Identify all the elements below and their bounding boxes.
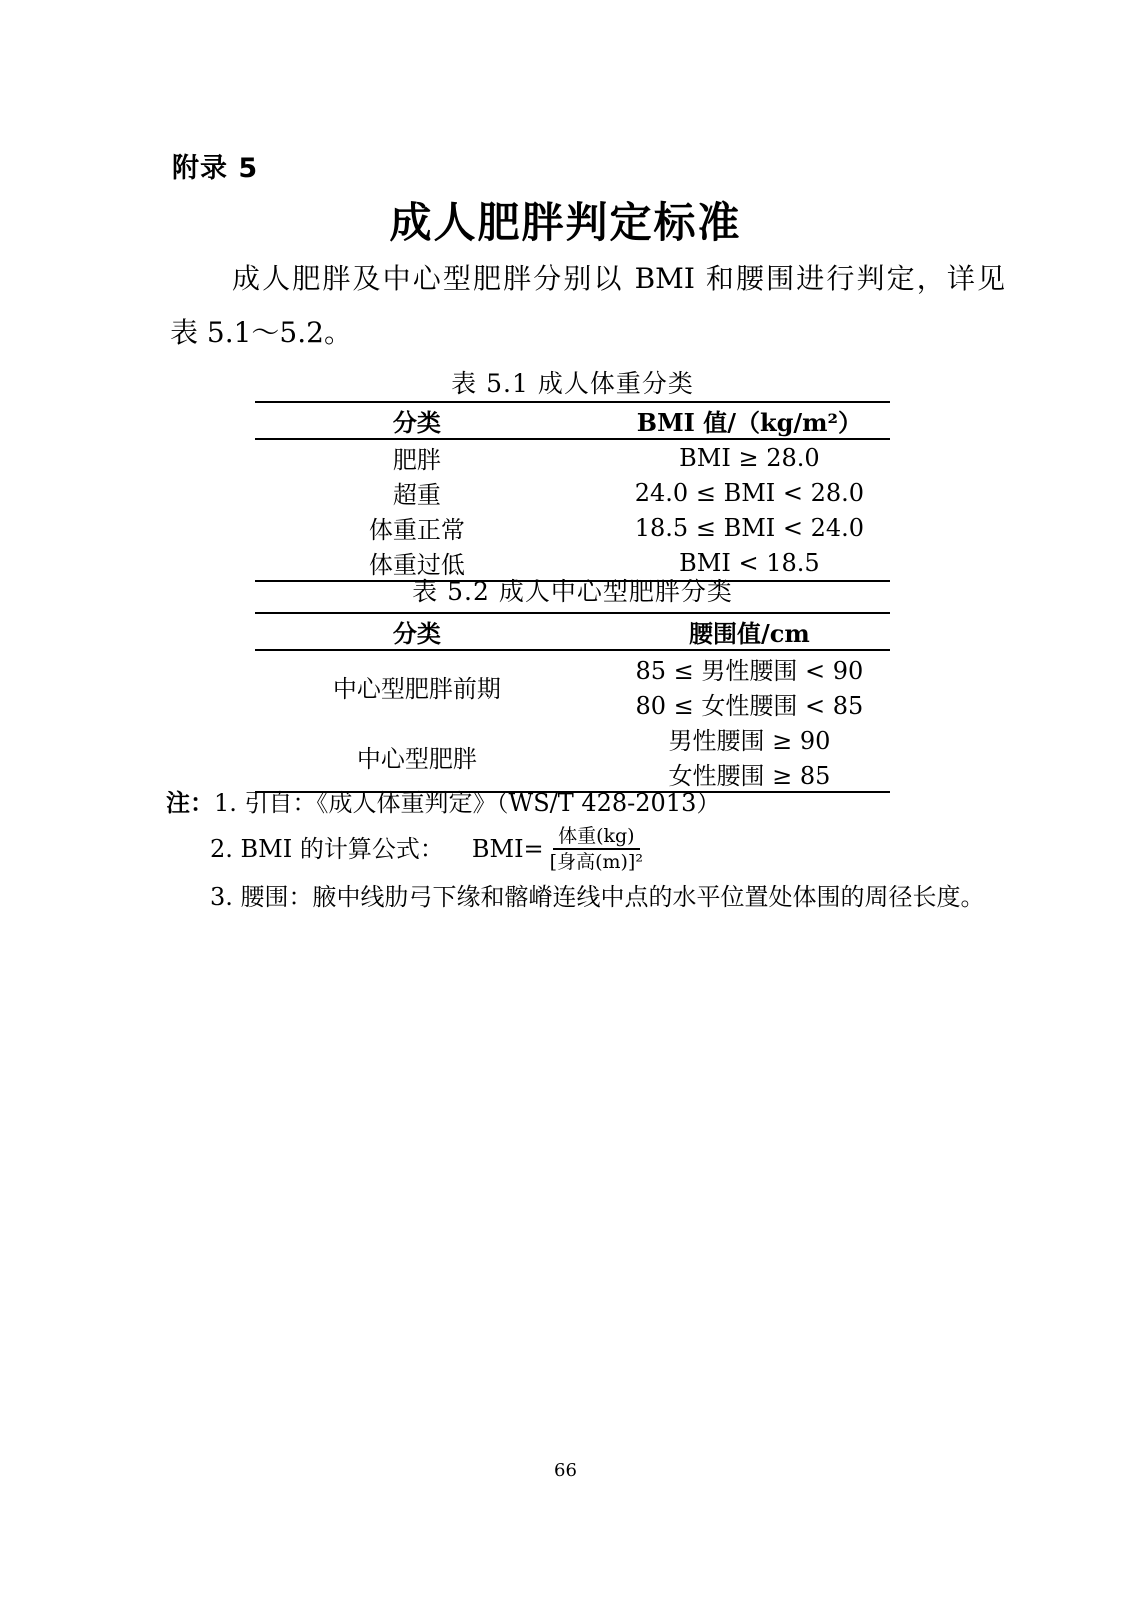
table1-cell-category: 肥胖 [255, 439, 579, 475]
formula-denominator: [身高(m)]² [550, 850, 643, 873]
weight-classification-table: 分类 BMI 值/（kg/m²） 肥胖 BMI ≥ 28.0 超重 24.0 ≤… [255, 401, 890, 582]
table1-cell-value: BMI ≥ 28.0 [579, 439, 890, 475]
note-2: 2. BMI 的计算公式： BMI= 体重(kg) [身高(m)]² [166, 824, 996, 874]
table2-cell-category: 中心型肥胖 [255, 721, 579, 792]
formula-lhs: BMI= [472, 834, 544, 864]
table1-header-bmi: BMI 值/（kg/m²） [579, 402, 890, 439]
note-1-text: 1. 引自：《成人体重判定》（WS/T 428-2013） [214, 789, 720, 817]
note-label: 注： [166, 788, 214, 817]
table1-header-row: 分类 BMI 值/（kg/m²） [255, 402, 890, 439]
table2-cell-value: 85 ≤ 男性腰围 < 90 [579, 650, 890, 686]
table1-header-category: 分类 [255, 402, 579, 439]
central-obesity-table: 分类 腰围值/cm 中心型肥胖前期 85 ≤ 男性腰围 < 90 80 ≤ 女性… [255, 612, 890, 793]
document-page: 附录 5 成人肥胖判定标准 成人肥胖及中心型肥胖分别以 BMI 和腰围进行判定，… [0, 0, 1131, 1600]
table1-cell-category: 超重 [255, 475, 579, 510]
table2-cell-value: 男性腰围 ≥ 90 [579, 721, 890, 756]
table2-cell-value: 女性腰围 ≥ 85 [579, 756, 890, 792]
page-title: 成人肥胖判定标准 [0, 190, 1131, 250]
table-row: 体重正常 18.5 ≤ BMI < 24.0 [255, 510, 890, 545]
appendix-label: 附录 5 [172, 146, 258, 185]
table-row: 中心型肥胖 男性腰围 ≥ 90 [255, 721, 890, 756]
note-3: 3. 腰围：腋中线肋弓下缘和髂嵴连线中点的水平位置处体围的周径长度。 [166, 882, 996, 912]
table2-header-row: 分类 腰围值/cm [255, 613, 890, 650]
table1-cell-value: 18.5 ≤ BMI < 24.0 [579, 510, 890, 545]
note-1: 注：1. 引自：《成人体重判定》（WS/T 428-2013） [166, 788, 996, 818]
intro-line-2: 表 5.1～5.2。 [170, 306, 1005, 360]
intro-paragraph: 成人肥胖及中心型肥胖分别以 BMI 和腰围进行判定，详见 表 5.1～5.2。 [170, 252, 1005, 360]
table2-cell-value: 80 ≤ 女性腰围 < 85 [579, 686, 890, 721]
table1-caption: 表 5.1 成人体重分类 [255, 364, 890, 400]
table1-cell-value: 24.0 ≤ BMI < 28.0 [579, 475, 890, 510]
table2-header-waist: 腰围值/cm [579, 613, 890, 650]
table2-caption: 表 5.2 成人中心型肥胖分类 [255, 572, 890, 608]
notes-block: 注：1. 引自：《成人体重判定》（WS/T 428-2013） 2. BMI 的… [166, 788, 996, 912]
table1-cell-category: 体重正常 [255, 510, 579, 545]
bmi-formula: BMI= 体重(kg) [身高(m)]² [472, 825, 643, 873]
table-row: 中心型肥胖前期 85 ≤ 男性腰围 < 90 [255, 650, 890, 686]
table-row: 超重 24.0 ≤ BMI < 28.0 [255, 475, 890, 510]
table2-header-category: 分类 [255, 613, 579, 650]
formula-fraction: 体重(kg) [身高(m)]² [550, 825, 643, 873]
table-row: 肥胖 BMI ≥ 28.0 [255, 439, 890, 475]
page-number: 66 [0, 1460, 1131, 1481]
intro-line-1: 成人肥胖及中心型肥胖分别以 BMI 和腰围进行判定，详见 [170, 252, 1005, 306]
table2-cell-category: 中心型肥胖前期 [255, 650, 579, 721]
formula-numerator: 体重(kg) [553, 825, 640, 850]
note-2-text: 2. BMI 的计算公式： [210, 834, 444, 864]
